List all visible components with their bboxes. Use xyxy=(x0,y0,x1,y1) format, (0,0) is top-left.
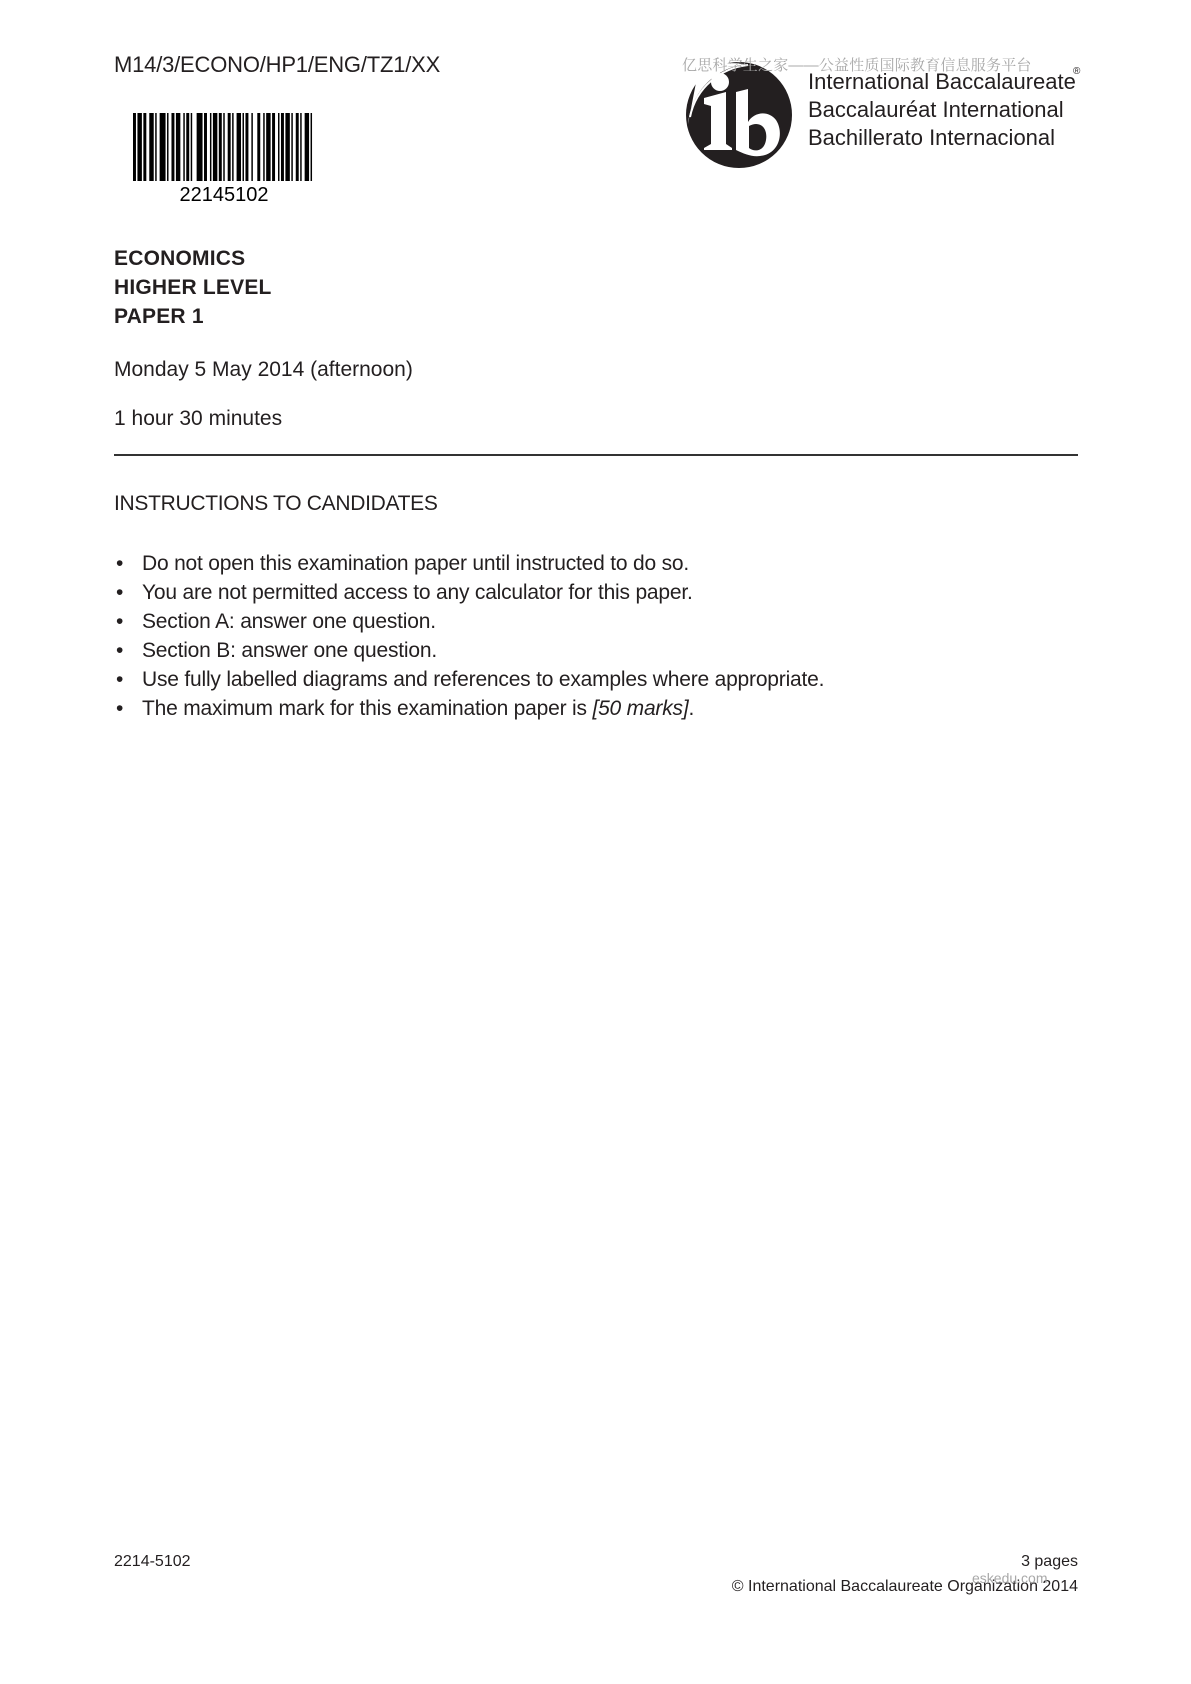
footer-code: 2214-5102 xyxy=(114,1553,191,1571)
bullet-icon: • xyxy=(116,578,123,607)
exam-date: Monday 5 May 2014 (afternoon) xyxy=(114,358,413,382)
instruction-suffix: . xyxy=(688,697,694,720)
exam-duration: 1 hour 30 minutes xyxy=(114,407,282,431)
org-name-french: Baccalauréat International xyxy=(808,96,1076,124)
bullet-icon: • xyxy=(116,549,123,578)
exam-title: ECONOMICS HIGHER LEVEL PAPER 1 xyxy=(114,244,272,331)
instruction-text: Do not open this examination paper until… xyxy=(142,552,689,575)
bullet-icon: • xyxy=(116,665,123,694)
bullet-icon: • xyxy=(116,694,123,723)
barcode-number: 22145102 xyxy=(133,184,315,207)
bullet-icon: • xyxy=(116,607,123,636)
barcode-icon xyxy=(133,113,315,181)
instructions-list: • Do not open this examination paper unt… xyxy=(114,549,824,723)
instruction-item: • Section A: answer one question. xyxy=(114,607,824,636)
registered-mark: ® xyxy=(1073,66,1080,77)
watermark-text: 亿思科学生之家——公益性质国际教育信息服务平台 xyxy=(682,54,1032,75)
watermark-text-bottom: eskedu.com xyxy=(972,1570,1047,1586)
instruction-item: • Use fully labelled diagrams and refere… xyxy=(114,665,824,694)
bullet-icon: • xyxy=(116,636,123,665)
instruction-text: Use fully labelled diagrams and referenc… xyxy=(142,668,824,691)
page-count: 3 pages xyxy=(1021,1553,1078,1571)
instruction-text: Section B: answer one question. xyxy=(142,639,437,662)
instruction-text: You are not permitted access to any calc… xyxy=(142,581,693,604)
ib-logo-icon xyxy=(686,62,792,168)
instruction-text: The maximum mark for this examination pa… xyxy=(142,697,592,720)
instruction-item: • You are not permitted access to any ca… xyxy=(114,578,824,607)
paper-number: PAPER 1 xyxy=(114,302,272,331)
instruction-item: • The maximum mark for this examination … xyxy=(114,694,824,723)
subject-name: ECONOMICS xyxy=(114,244,272,273)
instruction-text: Section A: answer one question. xyxy=(142,610,436,633)
organization-names: International Baccalaureate Baccalauréat… xyxy=(808,68,1076,152)
subject-level: HIGHER LEVEL xyxy=(114,273,272,302)
max-marks: [50 marks] xyxy=(592,697,688,720)
org-name-spanish: Bachillerato Internacional xyxy=(808,124,1076,152)
document-code: M14/3/ECONO/HP1/ENG/TZ1/XX xyxy=(114,52,440,78)
instructions-heading: INSTRUCTIONS TO CANDIDATES xyxy=(114,492,438,516)
divider xyxy=(114,454,1078,456)
instruction-item: • Section B: answer one question. xyxy=(114,636,824,665)
instruction-item: • Do not open this examination paper unt… xyxy=(114,549,824,578)
